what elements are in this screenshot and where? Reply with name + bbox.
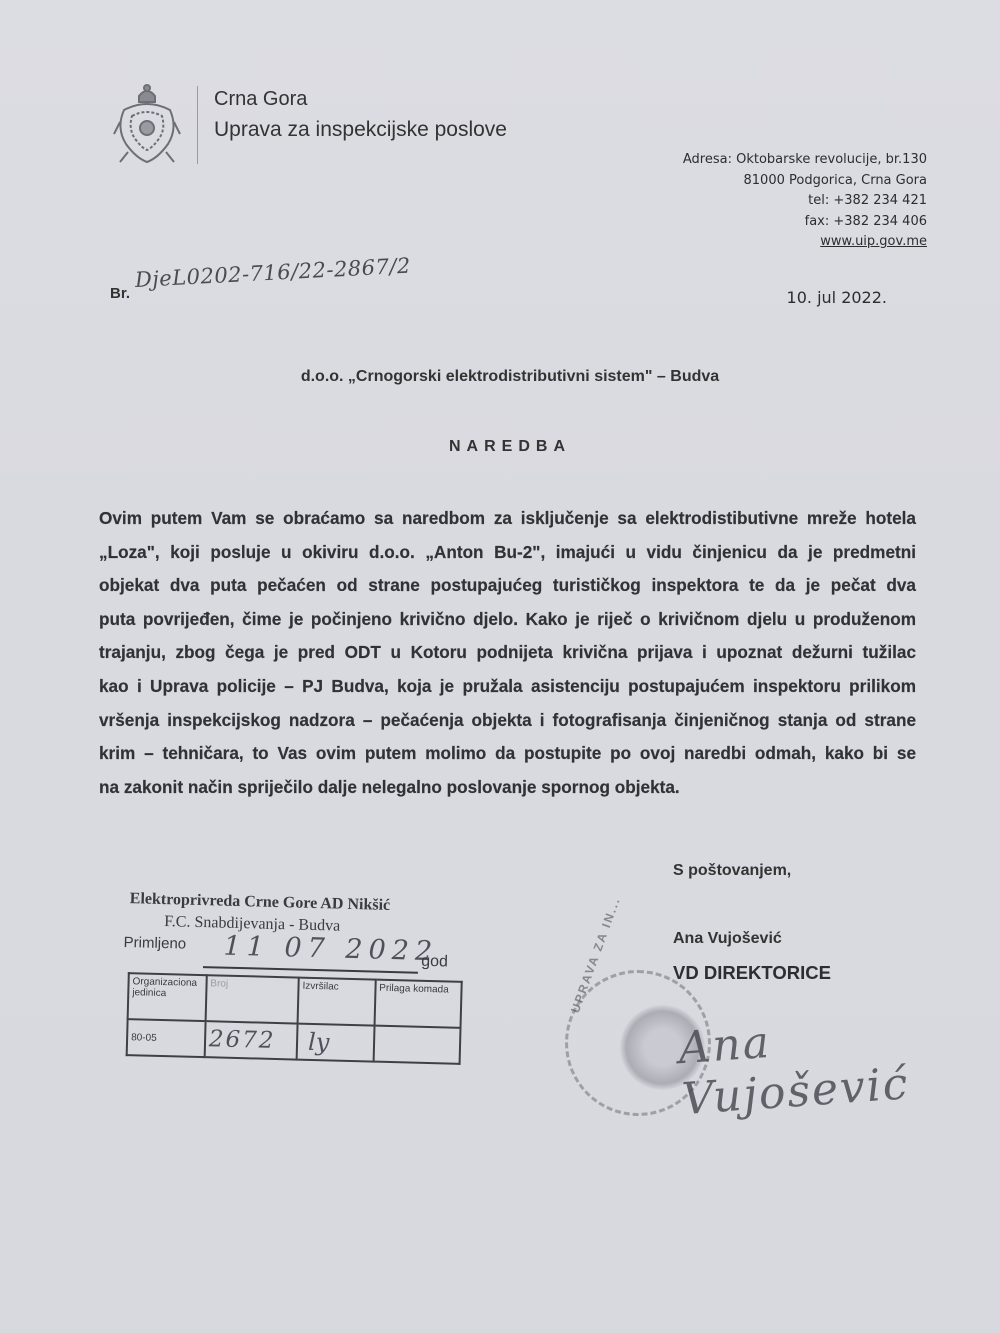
body-line: Ovim putem Vam se obraćamo sa naredbom z… <box>99 502 916 536</box>
body-paragraph: Ovim putem Vam se obraćamo sa naredbom z… <box>99 502 916 804</box>
body-line: krim – tehničara, to Vas ovim putem moli… <box>99 737 916 771</box>
handwritten-signature: Ana Vujošević <box>677 1001 1000 1125</box>
signatory-name: Ana Vujošević <box>673 930 782 948</box>
reference-label: Br. <box>110 285 130 302</box>
address-block: Adresa: Oktobarske revolucije, br.130 81… <box>683 150 927 253</box>
stamp-table: Organizaciona jedinica Broj Izvršilac Pr… <box>126 972 463 1065</box>
stamp-cell-number: 2672 <box>204 1021 297 1059</box>
stamp-header-cell: Prilaga komada <box>374 980 461 1028</box>
body-line: trajanju, zbog čega je pred ODT u Kotoru… <box>99 636 916 670</box>
website-link[interactable]: www.uip.gov.me <box>683 232 927 253</box>
stamp-header-cell: Organizaciona jedinica <box>128 973 207 1021</box>
recipient: d.o.o. „Crnogorski elektrodistributivni … <box>0 368 1000 386</box>
document-title: NAREDBA <box>0 438 1000 456</box>
header-divider <box>197 86 198 164</box>
signatory-position: VD DIREKTORICE <box>673 962 831 984</box>
body-line: puta povrijeđen, čime je počinjeno krivi… <box>99 603 916 637</box>
stamp-date-underline <box>203 966 418 974</box>
stamp-cell-unit: 80-05 <box>127 1019 206 1057</box>
stamp-year-suffix: god <box>421 953 448 972</box>
stamp-cell-attachments <box>373 1026 460 1064</box>
org-name: Uprava za inspekcijske poslove <box>214 118 507 142</box>
phone-line: tel: +382 234 421 <box>683 191 927 212</box>
fax-line: fax: +382 234 406 <box>683 212 927 233</box>
stamp-header-cell: Izvršilac <box>298 978 376 1026</box>
body-line: kao i Uprava policije – PJ Budva, koja j… <box>99 670 916 704</box>
body-line: na zakonit način spriječilo dalje nelega… <box>99 771 916 805</box>
body-line: „Loza", koji posluje u okiviru d.o.o. „A… <box>99 536 916 570</box>
body-line: objekat dva puta pečaćen od strane postu… <box>99 569 916 603</box>
stamp-header-cell: Broj <box>205 975 298 1023</box>
body-line: vršenja inspekcijskog nadzora – pečaćenj… <box>99 704 916 738</box>
stamp-company: Elektroprivreda Crne Gore AD Nikšić <box>130 890 391 915</box>
received-stamp: Elektroprivreda Crne Gore AD Nikšić F.C.… <box>120 890 475 1089</box>
document-page: Crna Gora Uprava za inspekcijske poslove… <box>0 0 1000 1333</box>
org-country: Crna Gora <box>214 88 307 111</box>
stamp-received-label: Primljeno <box>123 934 186 953</box>
closing-salutation: S poštovanjem, <box>673 862 791 880</box>
stamp-received-date: 11 07 2022 <box>223 931 438 968</box>
stamp-cell-handler: ly <box>297 1024 375 1062</box>
reference-number-handwritten: DjeL0202-716/22-2867/2 <box>134 254 411 292</box>
address-line: 81000 Podgorica, Crna Gora <box>683 171 927 192</box>
document-date: 10. jul 2022. <box>787 288 887 307</box>
address-line: Adresa: Oktobarske revolucije, br.130 <box>683 150 927 171</box>
coat-of-arms-icon <box>112 82 182 168</box>
